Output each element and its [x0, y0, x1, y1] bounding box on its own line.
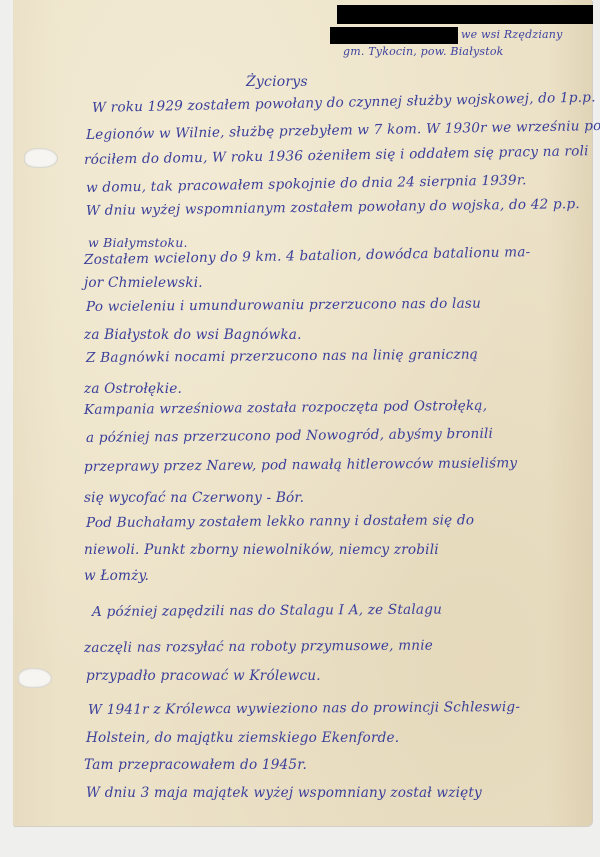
text-line: W dniu 3 maja majątek wyżej wspomniany z…	[86, 785, 482, 801]
punch-hole-top	[24, 148, 58, 168]
text-line: za Białystok do wsi Bagnówka.	[84, 327, 302, 343]
document-title: Życiorys	[246, 74, 308, 90]
text-line: się wycofać na Czerwony - Bór.	[84, 490, 304, 506]
punch-hole-bottom	[18, 668, 52, 688]
sender-address-village: we wsi Rzędziany	[461, 28, 563, 41]
text-line: W 1941r z Królewca wywieziono nas do pro…	[88, 699, 520, 718]
text-line: w Białymstoku.	[88, 235, 188, 250]
text-line: Pod Buchałamy zostałem lekko ranny i dos…	[86, 512, 474, 531]
text-line: w Łomży.	[84, 568, 149, 584]
redaction-bar-top	[337, 5, 593, 24]
text-line: zaczęli nas rozsyłać na roboty przymusow…	[84, 638, 433, 656]
redaction-bar-sender	[330, 27, 458, 44]
sender-address-district: gm. Tykocin, pow. Białystok	[343, 45, 504, 58]
text-line: A później zapędzili nas do Stalagu I A, …	[92, 602, 442, 620]
scanned-document: we wsi Rzędziany gm. Tykocin, pow. Biały…	[0, 0, 600, 857]
text-line: Tam przepracowałem do 1945r.	[84, 757, 307, 773]
text-line: przypadło pracować w Królewcu.	[86, 668, 321, 684]
text-line: Holstein, do majątku ziemskiego Ekenford…	[86, 730, 399, 746]
text-line: za Ostrołękie.	[84, 381, 182, 397]
text-line: jor Chmielewski.	[84, 275, 203, 291]
text-line: Z Bagnówki nocami przerzucono nas na lin…	[86, 347, 478, 366]
text-line: niewoli. Punkt zborny niewolników, niemc…	[84, 542, 439, 558]
